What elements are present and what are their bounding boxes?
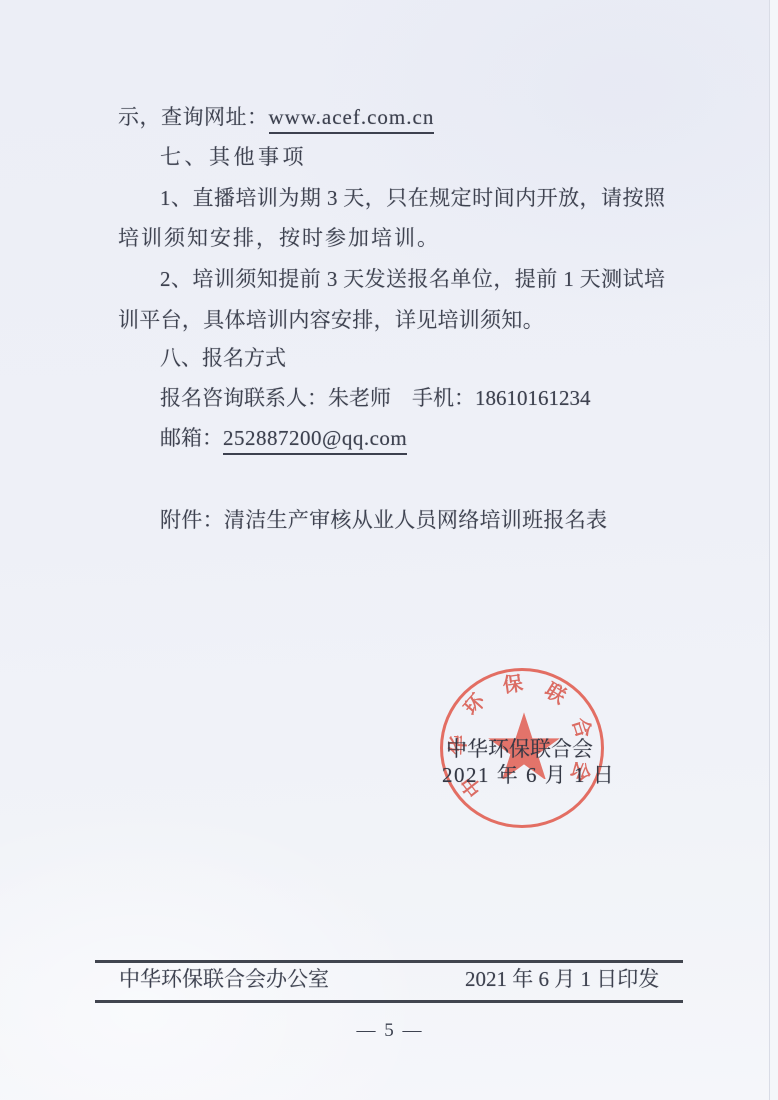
item-1-line-2: 培训须知安排，按时参加培训。 bbox=[118, 225, 440, 252]
footer-rule-bottom bbox=[95, 1000, 683, 1003]
footer-rule-top bbox=[95, 960, 683, 963]
section-7-heading: 七、其他事项 bbox=[160, 144, 307, 171]
attachment-line: 附件：清洁生产审核从业人员网络培训班报名表 bbox=[160, 507, 607, 534]
item-2-line-2: 训平台，具体培训内容安排，详见培训须知。 bbox=[118, 307, 544, 334]
section-8-heading: 八、报名方式 bbox=[160, 345, 286, 372]
seal-arc-char: 环 bbox=[461, 691, 489, 719]
body-line-website: 示，查询网址：www.acef.com.cn bbox=[118, 104, 434, 134]
item-1-line-1: 1、直播培训为期 3 天，只在规定时间内开放，请按照 bbox=[160, 185, 665, 212]
signature-org: 中华环保联合会 bbox=[446, 736, 593, 763]
website-label: 示，查询网址： bbox=[118, 105, 269, 129]
page-number: — 5 — bbox=[330, 1019, 450, 1043]
website-url: www.acef.com.cn bbox=[269, 104, 435, 134]
scanned-document-page: { "colors": { "page_bg": "#eef0f7", "ink… bbox=[0, 0, 778, 1100]
paper-texture bbox=[0, 0, 778, 1100]
email-line: 邮箱：252887200@qq.com bbox=[160, 425, 407, 455]
email-address: 252887200@qq.com bbox=[223, 425, 407, 455]
footer-office: 中华环保联合会办公室 bbox=[119, 966, 329, 993]
footer-issue-date: 2021 年 6 月 1 日印发 bbox=[465, 966, 659, 993]
email-label: 邮箱： bbox=[160, 426, 223, 450]
seal-arc-char: 保 bbox=[501, 674, 524, 697]
seal-arc-char: 联 bbox=[541, 680, 569, 708]
scan-page-edge bbox=[769, 0, 778, 1100]
item-2-line-1: 2、培训须知提前 3 天发送报名单位，提前 1 天测试培 bbox=[160, 266, 665, 293]
signature-date: 2021 年 6 月 1 日 bbox=[442, 762, 615, 789]
contact-line: 报名咨询联系人：朱老师 手机：18610161234 bbox=[160, 385, 591, 412]
